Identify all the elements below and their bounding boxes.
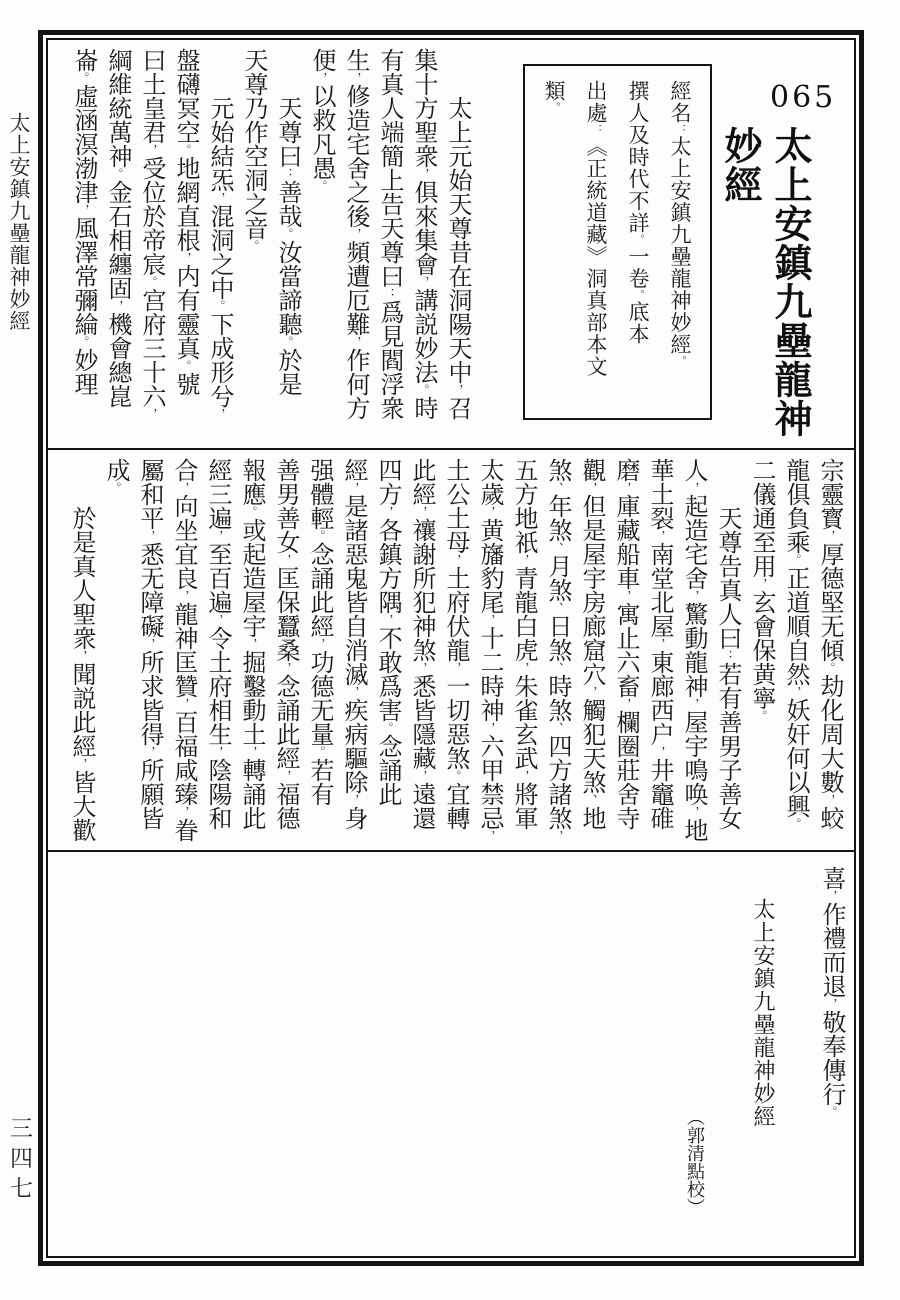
punctuation: 。 xyxy=(549,102,560,114)
folio-page-number: 三四七 xyxy=(3,1116,36,1206)
punctuation: 。 xyxy=(754,710,768,722)
editor-credit: （郭清點校） xyxy=(680,1108,710,1216)
punctuation: 。 xyxy=(675,356,686,368)
punctuation: ， xyxy=(482,722,496,734)
punctuation: ， xyxy=(210,614,224,626)
text-column: 此經，禳謝所犯神煞，悉皆隱藏，遠還 xyxy=(404,458,438,850)
punctuation: ， xyxy=(618,698,632,710)
text-column: 出處：《正統道藏》洞真部本文 xyxy=(575,80,617,404)
text-column: 土公土母，土府伏龍，一切惡煞。宜轉 xyxy=(438,458,472,850)
punctuation: ， xyxy=(516,554,530,566)
text-column: 天尊乃作空洞之音。 xyxy=(236,48,270,444)
punctuation: ， xyxy=(516,770,530,782)
punctuation: ， xyxy=(348,336,362,348)
punctuation: ， xyxy=(144,144,158,156)
scripture-title: 太上安鎮九壘龍神 妙經 xyxy=(714,126,814,438)
punctuation: ， xyxy=(822,794,836,806)
punctuation: 、 xyxy=(584,794,598,806)
punctuation: ： xyxy=(675,124,686,136)
punctuation: ， xyxy=(482,830,496,842)
text-column: 經三遍，至百遍，令土府相生，陰陽和 xyxy=(200,458,234,850)
punctuation: 、 xyxy=(550,602,564,614)
punctuation: 。 xyxy=(178,144,192,156)
punctuation: ， xyxy=(754,578,768,590)
punctuation: ， xyxy=(244,638,258,650)
scanned-scripture-page: 太上安鎮九壘龍神妙經 三四七 065 太上安鎮九壘龍神 妙經 經名：太上安鎮九壘… xyxy=(0,0,900,1300)
punctuation: ， xyxy=(312,638,326,650)
text-column: 宗靈寳，厚德堅无傾。劫化周大數，蛟 xyxy=(812,458,846,850)
punctuation: ， xyxy=(824,890,838,902)
punctuation: 。 xyxy=(822,662,836,674)
punctuation: ， xyxy=(178,252,192,264)
punctuation: 。 xyxy=(314,180,328,192)
punctuation: 。 xyxy=(108,482,122,494)
punctuation: ， xyxy=(652,530,666,542)
text-column: 崙。虛涵溟渤津，風澤常彌綸。妙理 xyxy=(66,48,100,444)
header-section: 065 太上安鎮九壘龍神 妙經 經名：太上安鎮九壘龍神妙經。撰人及時代不詳。一卷… xyxy=(48,40,854,448)
punctuation: ， xyxy=(822,530,836,542)
punctuation: 。 xyxy=(788,554,802,566)
punctuation: ， xyxy=(144,408,158,420)
text-column: 二儀通至用，玄會保黄寧。 xyxy=(744,458,778,850)
text-column: 經，是諸惡鬼皆自消滅，疾病驅除，身 xyxy=(336,458,370,850)
spine-title: 太上安鎮九壘龍神妙經 xyxy=(4,112,34,332)
punctuation: 。 xyxy=(110,168,124,180)
punctuation: 。 xyxy=(76,336,90,348)
punctuation: ， xyxy=(244,746,258,758)
punctuation: ， xyxy=(210,746,224,758)
punctuation: ， xyxy=(176,590,190,602)
punctuation: ， xyxy=(314,72,328,84)
punctuation: ， xyxy=(824,998,838,1010)
punctuation: ， xyxy=(142,530,156,542)
text-column: 撰人及時代不詳。一卷。底本 xyxy=(617,80,659,404)
punctuation: 。 xyxy=(788,818,802,830)
punctuation: 。 xyxy=(312,746,326,758)
punctuation: ， xyxy=(686,698,700,710)
text-column: 屬和平，悉无障礙，所求皆得，所願皆 xyxy=(132,458,166,850)
punctuation: 。 xyxy=(280,228,294,240)
punctuation: 。 xyxy=(380,722,394,734)
punctuation: ， xyxy=(482,614,496,626)
punctuation: 。 xyxy=(312,530,326,542)
punctuation: 。 xyxy=(76,72,90,84)
punctuation: 。 xyxy=(416,384,430,396)
punctuation: ， xyxy=(380,614,394,626)
punctuation: ， xyxy=(74,650,88,662)
punctuation: ， xyxy=(110,300,124,312)
punctuation: ： xyxy=(382,288,396,300)
punctuation: ， xyxy=(618,482,632,494)
text-column: 曰土皇君，受位於帝宸。宫府三十六， xyxy=(134,48,168,444)
punctuation: ， xyxy=(176,698,190,710)
text-column: 太上元始天尊昔在洞陽天中，召 xyxy=(440,48,474,444)
punctuation: ， xyxy=(448,662,462,674)
punctuation: 、 xyxy=(550,722,564,734)
punctuation: ， xyxy=(142,746,156,758)
closing-section: 喜，作禮而退，敬奉傳行。 太上安鎮九壘龍神妙經 （郭清點校） xyxy=(48,852,854,1247)
punctuation: 。 xyxy=(178,360,192,372)
punctuation: ， xyxy=(416,276,430,288)
text-column: 元始結炁，混洞之中。下成形兮， xyxy=(202,48,236,444)
title-line-1: 太上安鎮九壘龍神 xyxy=(764,126,814,438)
punctuation: 。 xyxy=(824,1106,838,1118)
text-column: 强體輕。念誦此經，功德无量。若有 xyxy=(302,458,336,850)
text-column: 太歲，黄旛豹尾，十二時神，六甲禁忌， xyxy=(472,458,506,850)
punctuation: ， xyxy=(516,662,530,674)
punctuation: ， xyxy=(448,554,462,566)
text-column: 磨，庫藏船車，寓止六畜，欄圈莊舍寺 xyxy=(608,458,642,850)
text-column: 盤礴冥空。地網直根，内有靈真。號 xyxy=(168,48,202,444)
catalog-number: 065 xyxy=(770,80,836,115)
punctuation: ， xyxy=(176,482,190,494)
punctuation: ， xyxy=(74,758,88,770)
punctuation: ， xyxy=(176,806,190,818)
punctuation: ， xyxy=(346,482,360,494)
punctuation: ， xyxy=(686,590,700,602)
punctuation: 。 xyxy=(633,234,644,246)
punctuation: ， xyxy=(380,506,394,518)
punctuation: 、 xyxy=(550,482,564,494)
punctuation: 。 xyxy=(280,336,294,348)
punctuation: ， xyxy=(278,662,292,674)
section-2-text: 宗靈寳，厚德堅无傾。劫化周大數，蛟龍俱負乘。正道順自然，妖奸何以興。二儀通至用，… xyxy=(56,458,846,850)
text-column: 四方，各鎮方隅，不敢爲害。念誦此 xyxy=(370,458,404,850)
page-border-inner: 065 太上安鎮九壘龍神 妙經 經名：太上安鎮九壘龍神妙經。撰人及時代不詳。一卷… xyxy=(46,38,856,1258)
punctuation: ， xyxy=(278,554,292,566)
punctuation: ， xyxy=(652,638,666,650)
text-column: 合，向坐宜良，龍神匡贊，百福咸臻，眷 xyxy=(166,458,200,850)
punctuation: 。 xyxy=(246,240,260,252)
punctuation: ， xyxy=(346,686,360,698)
punctuation: ， xyxy=(652,746,666,758)
text-column: 煞、年煞、月煞、日煞、時煞、四方諸煞， xyxy=(540,458,574,850)
section-1-text: 太上元始天尊昔在洞陽天中，召集十方聖衆，俱來集會，講説妙法。時有真人端簡上告天尊… xyxy=(66,48,474,444)
punctuation: ， xyxy=(414,662,428,674)
punctuation: ， xyxy=(416,168,430,180)
punctuation: ， xyxy=(550,830,564,842)
bibliographic-box: 經名：太上安鎮九壘龍神妙經。撰人及時代不詳。一卷。底本出處：《正統道藏》洞真部本… xyxy=(523,64,712,420)
punctuation: 。 xyxy=(144,276,158,288)
punctuation: 。 xyxy=(448,770,462,782)
closing-line: 喜，作禮而退，敬奉傳行。 xyxy=(814,866,848,1118)
text-column: 華土裂，南堂北屋，東廊西户，井竈碓 xyxy=(642,458,676,850)
text-column: 經名：太上安鎮九壘龍神妙經。 xyxy=(659,80,701,404)
text-column: 報應。或起造屋宇，掘鑿動土，轉誦此 xyxy=(234,458,268,850)
punctuation: ， xyxy=(212,192,226,204)
punctuation: ， xyxy=(686,482,700,494)
punctuation: ， xyxy=(788,686,802,698)
punctuation: ： xyxy=(280,168,294,180)
end-title: 太上安鎮九壘龍神妙經 xyxy=(746,898,780,1128)
text-column: 善男善女，匡保蠶桑，念誦此經，福德 xyxy=(268,458,302,850)
punctuation: 、 xyxy=(550,542,564,554)
text-column: 人，起造宅舍，驚動龍神，屋宇鳴唤，地 xyxy=(676,458,710,850)
punctuation: ， xyxy=(450,384,464,396)
text-column: 天尊告真人曰：若有善男子善女 xyxy=(710,458,744,850)
text-column: 天尊曰：善哉。汝當諦聽。於是 xyxy=(270,48,304,444)
punctuation: ， xyxy=(278,770,292,782)
punctuation: ， xyxy=(414,506,428,518)
text-column: 便，以救凡愚。 xyxy=(304,48,338,444)
text-column: 五方地祇，青龍白虎，朱雀玄武，將軍 xyxy=(506,458,540,850)
punctuation: ， xyxy=(686,806,700,818)
page-border-frame: 065 太上安鎮九壘龍神 妙經 經名：太上安鎮九壘龍神妙經。撰人及時代不詳。一卷… xyxy=(38,30,864,1266)
punctuation: ， xyxy=(348,228,362,240)
punctuation: 。 xyxy=(212,300,226,312)
punctuation: ， xyxy=(482,506,496,518)
punctuation: ， xyxy=(212,408,226,420)
punctuation: 。 xyxy=(633,290,644,302)
title-line-2: 妙經 xyxy=(714,126,764,438)
text-column: 綱維統萬神。金石相纏固，機會總崑 xyxy=(100,48,134,444)
punctuation: ： xyxy=(720,650,734,662)
punctuation: ， xyxy=(346,794,360,806)
text-column: 龍俱負乘。正道順自然，妖奸何以興。 xyxy=(778,458,812,850)
punctuation: 、 xyxy=(550,662,564,674)
text-column: 有真人端簡上告天尊曰：爲見閻浮衆 xyxy=(372,48,406,444)
text-column: 集十方聖衆，俱來集會，講説妙法。時 xyxy=(406,48,440,444)
text-column: 成。 xyxy=(98,458,132,850)
punctuation: ， xyxy=(584,686,598,698)
punctuation: ， xyxy=(348,72,362,84)
punctuation: 。 xyxy=(244,506,258,518)
punctuation: ， xyxy=(76,204,90,216)
punctuation: ， xyxy=(210,530,224,542)
text-column: 觀，但是屋宇房廊窟穴，觸犯天煞、地 xyxy=(574,458,608,850)
punctuation: ： xyxy=(591,124,602,136)
text-column: 生，修造宅舍之後，頻遭厄難，作何方 xyxy=(338,48,372,444)
punctuation: ， xyxy=(414,770,428,782)
text-column: 於是真人聖衆，聞説此經，皆大歡 xyxy=(64,458,98,850)
punctuation: ， xyxy=(142,638,156,650)
text-column: 類。 xyxy=(533,80,575,404)
punctuation: ， xyxy=(584,482,598,494)
main-text-section: 宗靈寳，厚德堅无傾。劫化周大數，蛟龍俱負乘。正道順自然，妖奸何以興。二儀通至用，… xyxy=(48,450,854,850)
punctuation: ， xyxy=(618,590,632,602)
